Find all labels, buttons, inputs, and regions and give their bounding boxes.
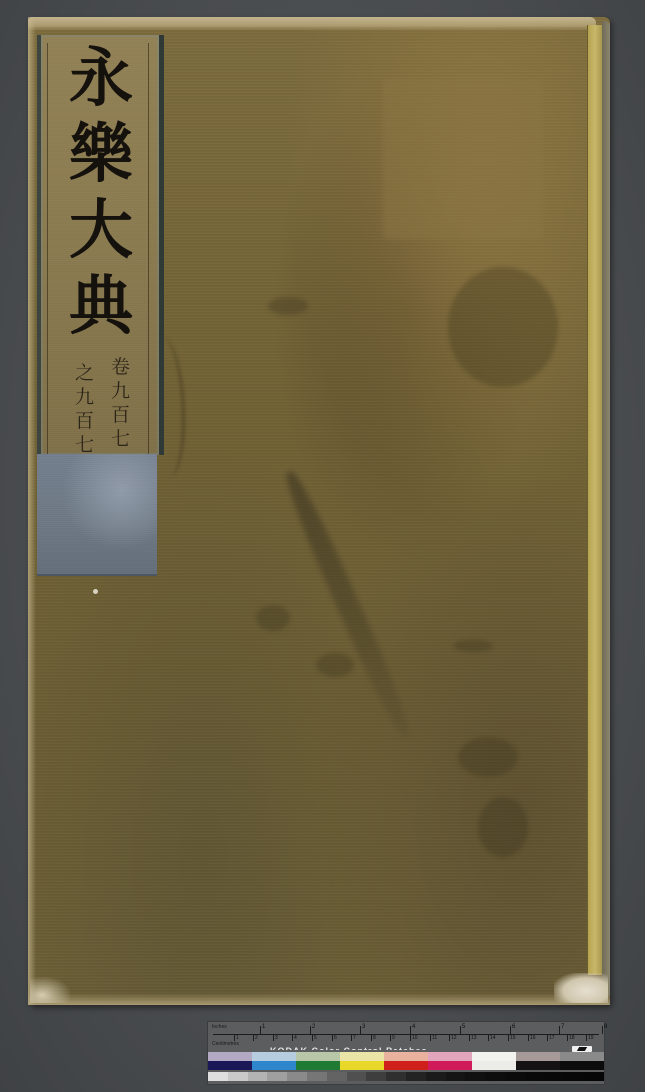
cm-tick: 17	[547, 1035, 548, 1041]
stain-spot	[256, 605, 290, 631]
gray-step	[406, 1072, 426, 1081]
stain-spot	[478, 797, 528, 857]
title-char: 樂	[69, 117, 133, 193]
volume-char: 百	[75, 409, 94, 433]
volume-char: 七	[111, 427, 130, 451]
kodak-brand-text: KODAK Color Control Patches	[270, 1045, 428, 1050]
color-swatches	[208, 1052, 604, 1070]
title-slip: 永 樂 大 典 卷 九 百 七 之 九 百 七	[37, 35, 164, 455]
gray-step	[505, 1072, 525, 1081]
inch-tick: 4	[410, 1026, 411, 1034]
gray-step	[465, 1072, 485, 1081]
cm-tick: 9	[390, 1035, 391, 1041]
cm-tick: 8	[371, 1035, 372, 1041]
ruler-axis	[213, 1034, 599, 1035]
inches-label: Inches	[212, 1024, 227, 1030]
color-swatch	[252, 1052, 296, 1070]
book-title: 永 樂 大 典	[59, 41, 143, 345]
color-swatch	[340, 1052, 384, 1070]
centimetres-label: Centimetres	[212, 1041, 239, 1047]
book-cover: 永 樂 大 典 卷 九 百 七 之 九 百 七	[28, 17, 610, 1005]
book-fore-edge	[602, 21, 610, 999]
corner-wear-bottom-right	[554, 973, 608, 1003]
gray-scale	[208, 1072, 604, 1081]
gray-step	[564, 1072, 584, 1081]
inch-tick: 1	[260, 1026, 261, 1034]
cover-top-edge-wear	[28, 17, 596, 31]
cm-tick: 4	[292, 1035, 293, 1041]
cm-tick: 2	[253, 1035, 254, 1041]
cm-tick: 16	[528, 1035, 529, 1041]
stain-spot	[316, 653, 354, 677]
cm-tick: 11	[430, 1035, 431, 1041]
corner-wear-bottom-left	[30, 977, 70, 1003]
stain-spot	[268, 297, 308, 315]
gray-step	[545, 1072, 565, 1081]
volume-char: 之	[75, 361, 94, 385]
inch-tick: 5	[460, 1026, 461, 1034]
cm-tick: 19	[586, 1035, 587, 1041]
color-swatch	[472, 1052, 516, 1070]
cm-tick: 15	[508, 1035, 509, 1041]
color-swatch	[208, 1052, 252, 1070]
cm-tick: 12	[449, 1035, 450, 1041]
gray-step	[446, 1072, 466, 1081]
gray-step	[287, 1072, 307, 1081]
dark-stain-area	[448, 267, 558, 387]
color-swatch	[560, 1052, 604, 1070]
cm-tick: 7	[351, 1035, 352, 1041]
inch-tick: 3	[360, 1026, 361, 1034]
stain-spot	[453, 640, 493, 652]
gray-step	[525, 1072, 545, 1081]
color-swatch	[296, 1052, 340, 1070]
gray-step	[485, 1072, 505, 1081]
cm-tick: 6	[332, 1035, 333, 1041]
gray-step	[386, 1072, 406, 1081]
faded-square-patch	[383, 79, 543, 239]
volume-number-left: 之 九 百 七	[75, 361, 94, 457]
gray-step	[248, 1072, 268, 1081]
inch-tick: 6	[510, 1026, 511, 1034]
blue-cloth-patch	[37, 454, 157, 576]
volume-char: 九	[111, 379, 130, 403]
volume-char: 百	[111, 403, 130, 427]
volume-number-right: 卷 九 百 七	[111, 355, 130, 451]
diagonal-water-stain	[279, 468, 417, 742]
inch-tick: 8	[602, 1026, 603, 1034]
cover-bottom-edge-wear	[28, 993, 610, 1005]
gray-step	[584, 1072, 604, 1081]
gray-step	[307, 1072, 327, 1081]
cm-tick: 14	[488, 1035, 489, 1041]
gray-step	[366, 1072, 386, 1081]
inch-tick: 2	[310, 1026, 311, 1034]
cm-tick: 3	[273, 1035, 274, 1041]
gray-step	[347, 1072, 367, 1081]
color-swatch	[516, 1052, 560, 1070]
gray-step	[208, 1072, 228, 1081]
volume-char: 九	[75, 385, 94, 409]
gray-step	[228, 1072, 248, 1081]
title-char: 永	[69, 41, 133, 117]
volume-char: 卷	[111, 355, 130, 379]
inch-tick: 7	[559, 1026, 560, 1034]
gray-step	[327, 1072, 347, 1081]
color-control-target: Inches Centimetres 1 2 3 4 5 6 7 8 1 2 3…	[207, 1021, 605, 1085]
cm-tick: 1	[234, 1035, 235, 1041]
cm-tick: 13	[469, 1035, 470, 1041]
cover-left-edge-wear	[28, 17, 36, 1005]
cm-tick: 10	[410, 1035, 411, 1041]
cm-tick: 5	[312, 1035, 313, 1041]
gray-step	[267, 1072, 287, 1081]
title-char: 典	[69, 269, 133, 345]
title-char: 大	[69, 193, 133, 269]
color-swatch	[384, 1052, 428, 1070]
book-edge-strip	[587, 25, 602, 975]
cm-tick: 18	[567, 1035, 568, 1041]
color-swatch	[428, 1052, 472, 1070]
small-hole	[93, 589, 98, 594]
gray-step	[426, 1072, 446, 1081]
stain-spot	[458, 737, 518, 777]
